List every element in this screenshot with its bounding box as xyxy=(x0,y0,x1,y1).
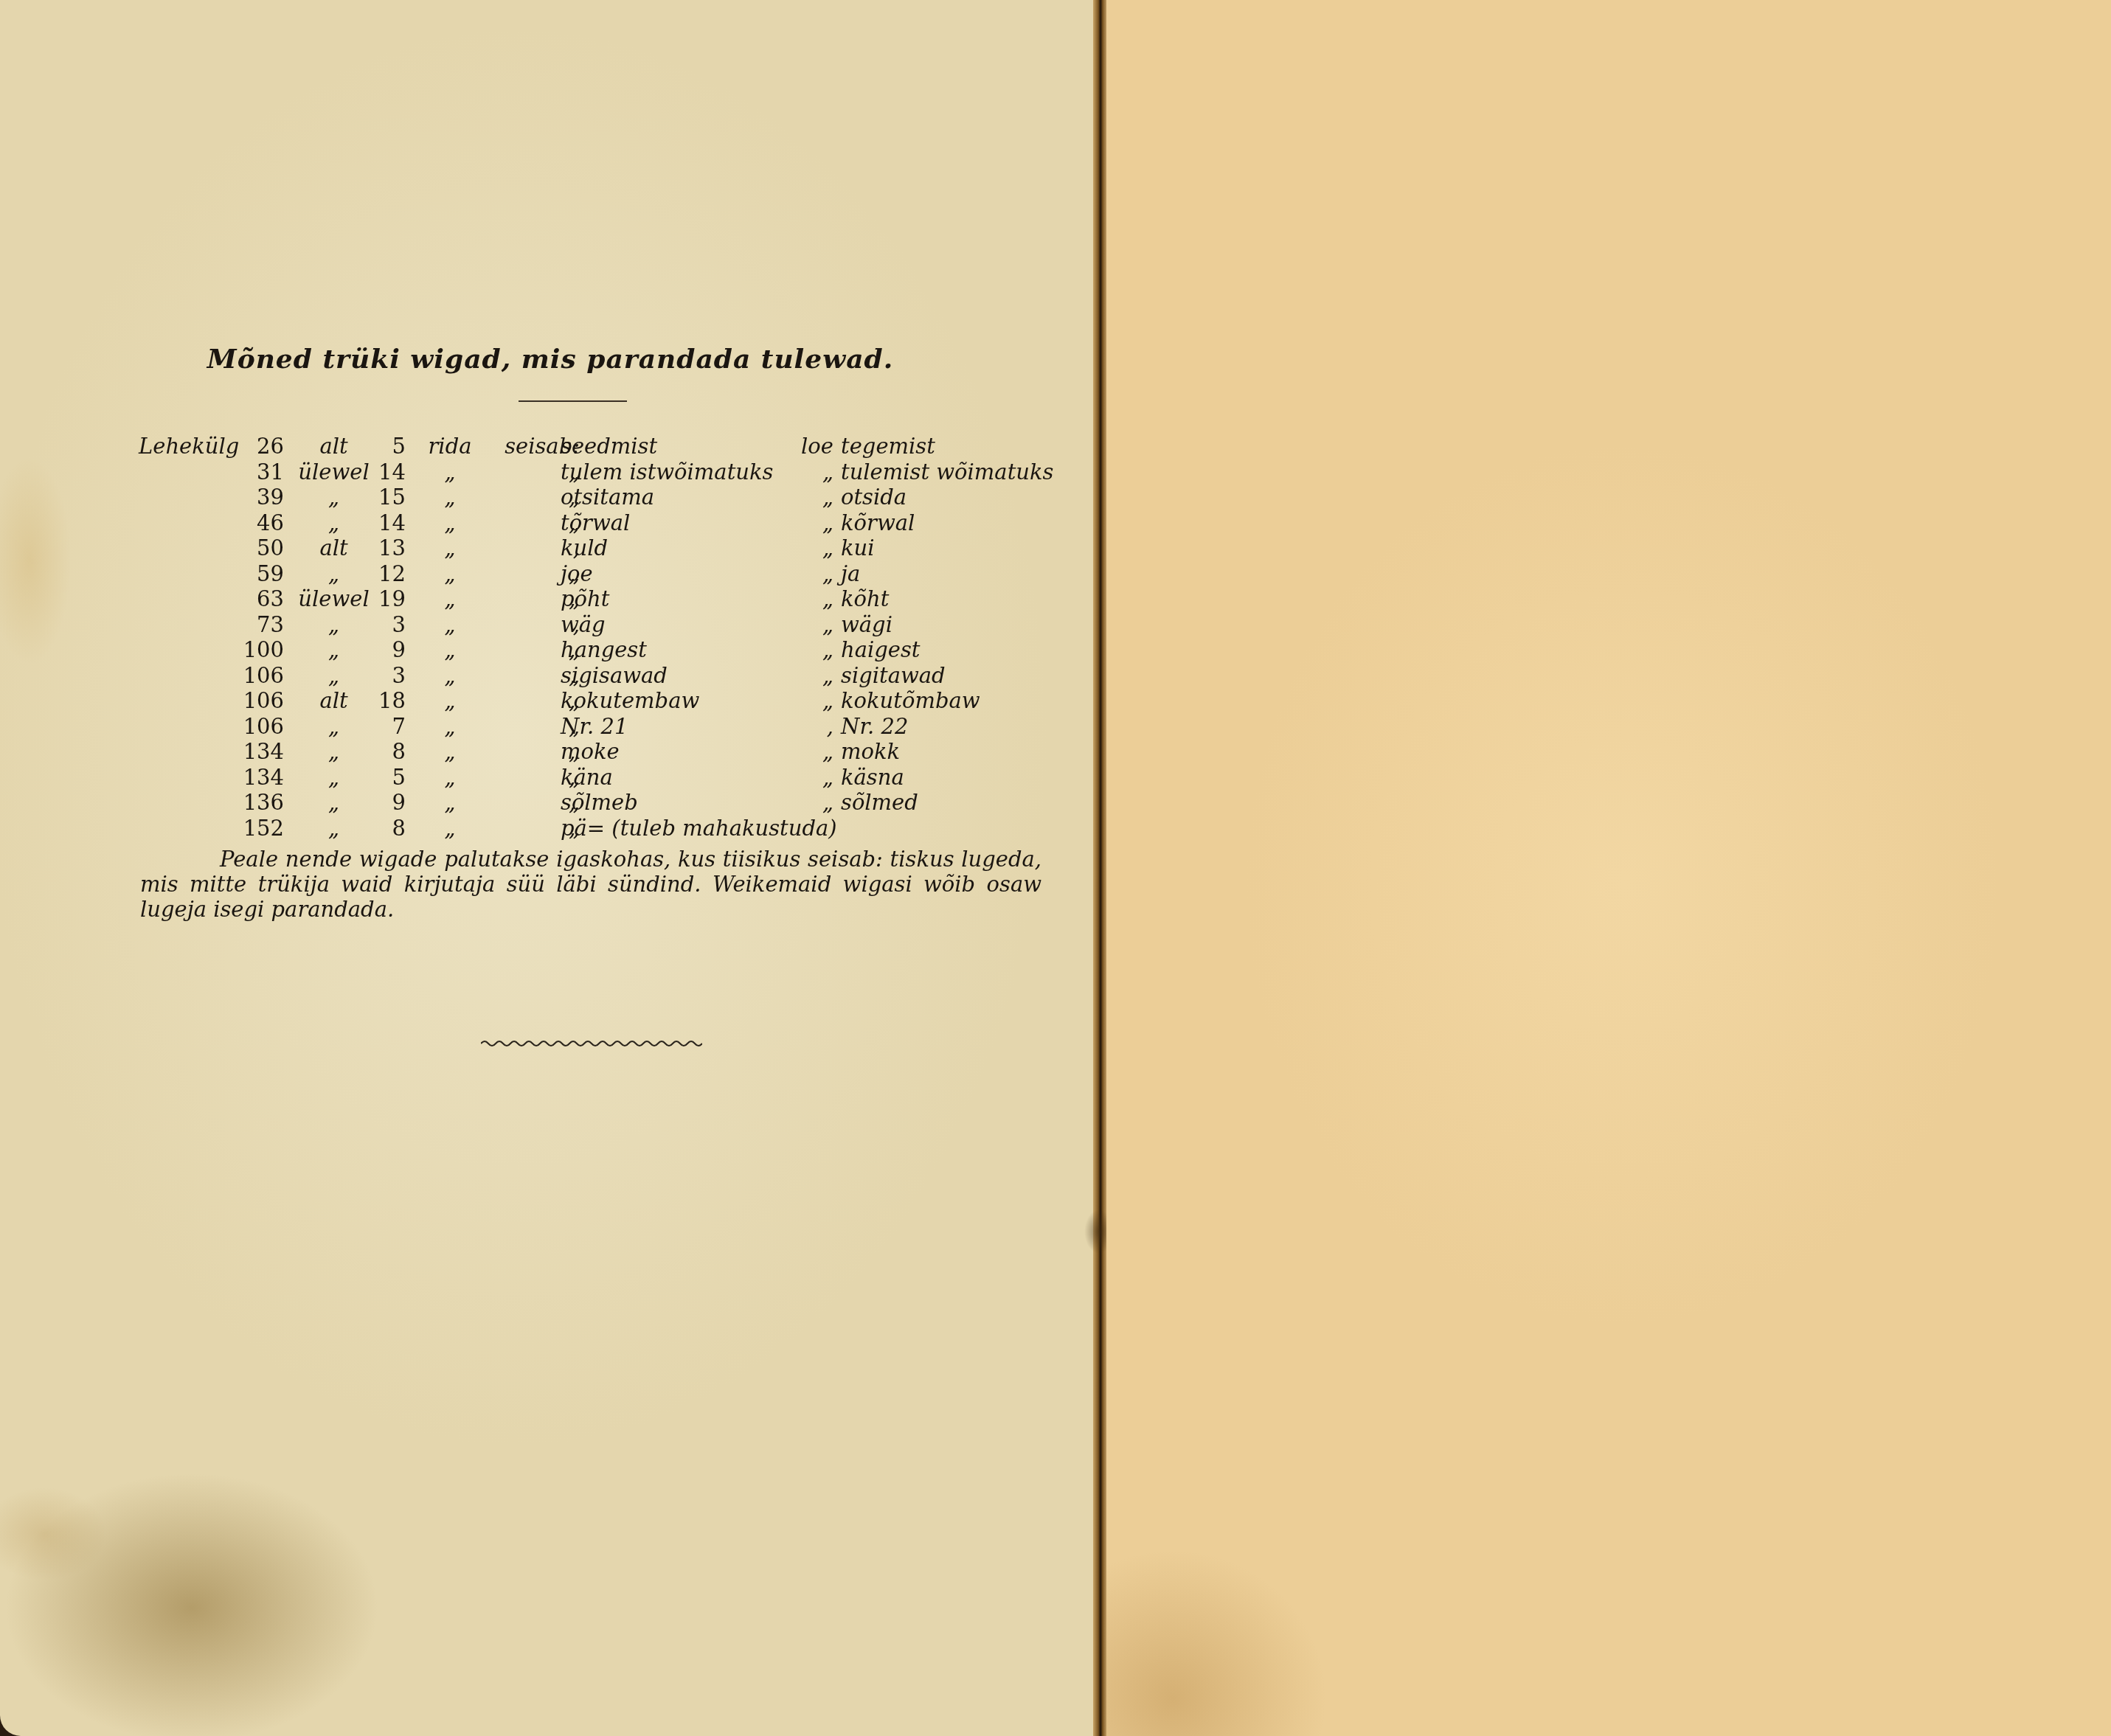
line-number: 8 xyxy=(369,816,406,841)
wrong-reading: põht xyxy=(561,586,609,611)
errata-row: 152„8„„pä= (tuleb mahakustuda) xyxy=(0,816,1100,841)
read-word: „ xyxy=(774,561,833,586)
position: alt xyxy=(291,688,376,713)
wrong-reading: Nr. 21 xyxy=(561,714,628,739)
position: „ xyxy=(291,739,376,764)
position: „ xyxy=(291,510,376,535)
line-number: 7 xyxy=(369,714,406,739)
errata-row: 134„5„„käna„käsna xyxy=(0,765,1100,790)
page-number: 106 xyxy=(214,663,284,688)
position: ülewel xyxy=(291,459,376,485)
page-number: 26 xyxy=(214,434,284,459)
page-number: 73 xyxy=(214,612,284,637)
read-word: „ xyxy=(774,510,833,535)
position: „ xyxy=(291,790,376,815)
errata-row: 73„3„,wäg„wägi xyxy=(0,612,1100,637)
line-word: „ xyxy=(420,790,479,815)
correct-reading: ja xyxy=(841,561,860,586)
correct-reading: Nr. 22 xyxy=(841,714,908,739)
correct-reading: otsida xyxy=(841,485,907,510)
position: „ xyxy=(291,637,376,662)
line-number: 3 xyxy=(369,663,406,688)
book-spine xyxy=(1093,0,1108,1736)
correct-reading: kõht xyxy=(841,586,889,611)
line-number: 19 xyxy=(369,586,406,611)
wrong-reading: seedmist xyxy=(561,434,657,459)
errata-row: 59„12„„joe„ja xyxy=(0,561,1100,586)
page-number: 106 xyxy=(214,688,284,713)
left-page: Mõned trüki wigad, mis parandada tulewad… xyxy=(0,0,1100,1736)
read-word: „ xyxy=(774,688,833,713)
page-number: 106 xyxy=(214,714,284,739)
read-word: „ xyxy=(774,586,833,611)
line-number: 18 xyxy=(369,688,406,713)
line-number: 5 xyxy=(369,765,406,790)
correct-reading: wägi xyxy=(841,612,892,637)
errata-note: Peale nende wigade palutakse igaskohas, … xyxy=(140,847,1041,922)
correct-reading: sigitawad xyxy=(841,663,946,688)
page-number: 152 xyxy=(214,816,284,841)
line-word: „ xyxy=(420,739,479,764)
line-number: 8 xyxy=(369,739,406,764)
wrong-reading: joe xyxy=(561,561,593,586)
correct-reading: tulemist wõimatuks xyxy=(841,459,1053,485)
page-number: 46 xyxy=(214,510,284,535)
errata-row: 100„9„„hangest„haigest xyxy=(0,637,1100,662)
position: „ xyxy=(291,816,376,841)
wavy-divider-ornament xyxy=(481,1038,702,1049)
line-number: 13 xyxy=(369,535,406,560)
line-word: „ xyxy=(420,688,479,713)
read-word: , xyxy=(774,714,833,739)
position: „ xyxy=(291,663,376,688)
errata-row: Lehekülg26alt5ridaseisab:seedmistloetege… xyxy=(0,434,1100,459)
page-number: 50 xyxy=(214,535,284,560)
line-number: 14 xyxy=(369,510,406,535)
errata-row: 50alt13„,kuld„kui xyxy=(0,535,1100,560)
errata-note-text: Peale nende wigade palutakse igaskohas, … xyxy=(140,847,1041,922)
errata-title: Mõned trüki wigad, mis parandada tulewad… xyxy=(0,344,1100,375)
errata-row: 134„8„„moke„mokk xyxy=(0,739,1100,764)
line-number: 15 xyxy=(369,485,406,510)
line-number: 5 xyxy=(369,434,406,459)
errata-row: 106alt18„„kokutembaw„kokutõmbaw xyxy=(0,688,1100,713)
line-word: „ xyxy=(420,612,479,637)
line-number: 9 xyxy=(369,637,406,662)
read-word: „ xyxy=(774,485,833,510)
errata-row: 106„7„„Nr. 21,Nr. 22 xyxy=(0,714,1100,739)
read-word: „ xyxy=(774,663,833,688)
correct-reading: käsna xyxy=(841,765,904,790)
read-word: loe xyxy=(774,434,833,459)
correct-reading: sõlmed xyxy=(841,790,918,815)
wrong-reading: sõlmeb xyxy=(561,790,638,815)
position: ülewel xyxy=(291,586,376,611)
read-word: „ xyxy=(774,739,833,764)
line-number: 12 xyxy=(369,561,406,586)
correct-reading: kõrwal xyxy=(841,510,915,535)
line-number: 3 xyxy=(369,612,406,637)
line-word: „ xyxy=(420,765,479,790)
page-number: 39 xyxy=(214,485,284,510)
page-number: 31 xyxy=(214,459,284,485)
page-number: 59 xyxy=(214,561,284,586)
position: alt xyxy=(291,434,376,459)
wrong-reading: kuld xyxy=(561,535,608,560)
line-number: 14 xyxy=(369,459,406,485)
errata-row: 136„9„„sõlmeb„sõlmed xyxy=(0,790,1100,815)
line-number: 9 xyxy=(369,790,406,815)
position: „ xyxy=(291,485,376,510)
line-word: „ xyxy=(420,485,479,510)
position: „ xyxy=(291,765,376,790)
page-number: 134 xyxy=(214,739,284,764)
wrong-reading: otsitama xyxy=(561,485,654,510)
page-number: 134 xyxy=(214,765,284,790)
wrong-reading: käna xyxy=(561,765,613,790)
read-word: „ xyxy=(774,535,833,560)
wrong-reading: hangest xyxy=(561,637,647,662)
title-divider xyxy=(519,400,627,402)
wrong-reading: wäg xyxy=(561,612,606,637)
line-word: „ xyxy=(420,561,479,586)
correct-reading: kui xyxy=(841,535,875,560)
read-word: „ xyxy=(774,459,833,485)
wrong-reading: sigisawad xyxy=(561,663,668,688)
position: „ xyxy=(291,612,376,637)
line-word: „ xyxy=(420,510,479,535)
correct-reading: kokutõmbaw xyxy=(841,688,980,713)
position: „ xyxy=(291,714,376,739)
line-word: „ xyxy=(420,816,479,841)
read-word: „ xyxy=(774,765,833,790)
wrong-reading: pä= (tuleb mahakustuda) xyxy=(561,816,837,841)
right-page-blank xyxy=(1106,0,2111,1736)
line-word: „ xyxy=(420,714,479,739)
water-stain xyxy=(1106,1549,1328,1736)
read-word: „ xyxy=(774,790,833,815)
correct-reading: mokk xyxy=(841,739,900,764)
correct-reading: tegemist xyxy=(841,434,935,459)
errata-row: 46„14„„tõrwal„kõrwal xyxy=(0,510,1100,535)
line-word: „ xyxy=(420,663,479,688)
position: alt xyxy=(291,535,376,560)
line-word: „ xyxy=(420,535,479,560)
wrong-reading: tulem istwõimatuks xyxy=(561,459,773,485)
line-word: „ xyxy=(420,459,479,485)
errata-row: 63ülewel19„„põht„kõht xyxy=(0,586,1100,611)
read-word: „ xyxy=(774,637,833,662)
errata-row: 31ülewel14„„tulem istwõimatuks„tulemist … xyxy=(0,459,1100,485)
page-number: 100 xyxy=(214,637,284,662)
page-number: 136 xyxy=(214,790,284,815)
errata-row: 106„3„„sigisawad„sigitawad xyxy=(0,663,1100,688)
correct-reading: haigest xyxy=(841,637,921,662)
wrong-reading: tõrwal xyxy=(561,510,630,535)
page-number: 63 xyxy=(214,586,284,611)
wrong-reading: kokutembaw xyxy=(561,688,699,713)
position: „ xyxy=(291,561,376,586)
line-word: rida xyxy=(420,434,479,459)
read-word: „ xyxy=(774,612,833,637)
line-word: „ xyxy=(420,637,479,662)
errata-row: 39„15„„otsitama„otsida xyxy=(0,485,1100,510)
wrong-reading: moke xyxy=(561,739,620,764)
line-word: „ xyxy=(420,586,479,611)
